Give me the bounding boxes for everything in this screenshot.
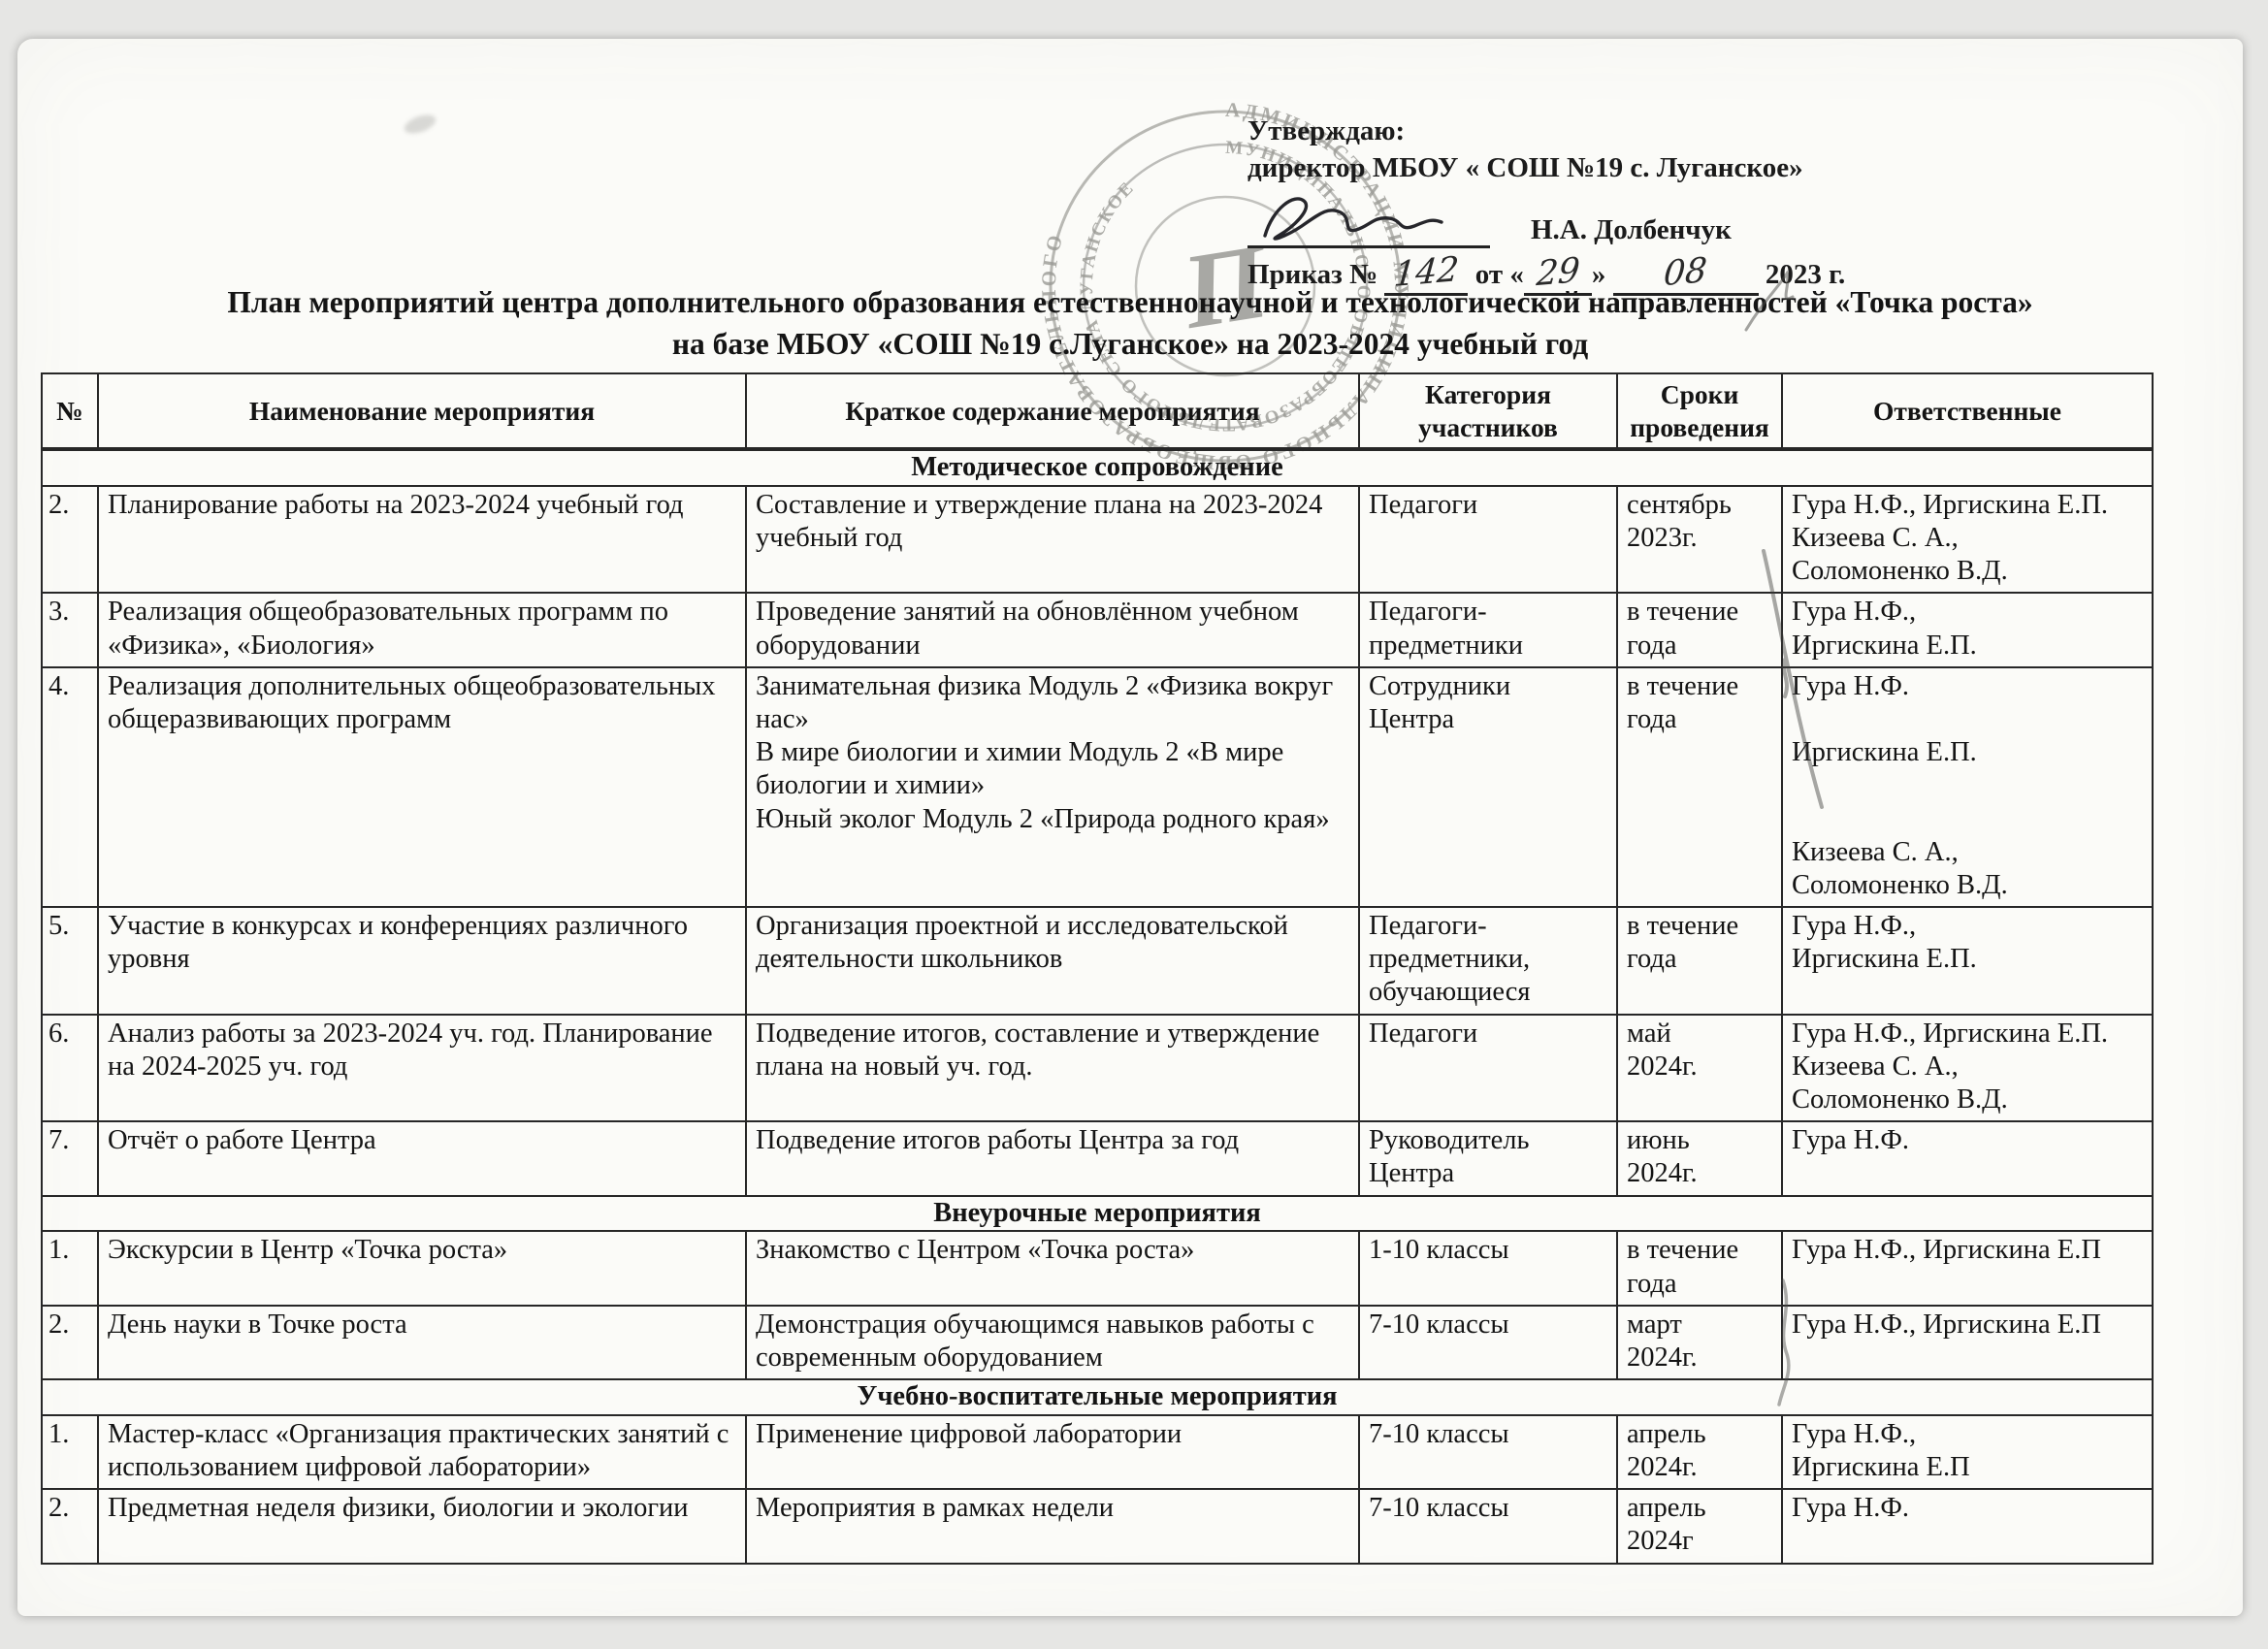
- col-header-responsible: Ответственные: [1782, 373, 2153, 449]
- cell-timing: май 2024г.: [1617, 1015, 1782, 1122]
- scan-smudge: [402, 112, 437, 138]
- cell-num: 4.: [42, 667, 98, 907]
- cell-num: 2.: [42, 1306, 98, 1379]
- order-year: 2023 г.: [1766, 259, 1845, 290]
- order-quote-close: »: [1592, 259, 1606, 290]
- approval-label: Утверждаю:: [1247, 113, 1927, 149]
- table-row: 2.День науки в Точке ростаДемонстрация о…: [42, 1306, 2153, 1379]
- cell-timing: в течение года: [1617, 667, 1782, 907]
- section-row: Внеурочные мероприятия: [42, 1196, 2153, 1232]
- section-title: Учебно-воспитательные мероприятия: [42, 1379, 2153, 1415]
- cell-responsible: Гура Н.Ф.: [1782, 1489, 2153, 1563]
- cell-content: Мероприятия в рамках недели: [746, 1489, 1359, 1563]
- cell-name: Мастер-класс «Организация практических з…: [98, 1415, 746, 1489]
- cell-content: Применение цифровой лаборатории: [746, 1415, 1359, 1489]
- table-header-row: № Наименование мероприятия Краткое содер…: [42, 373, 2153, 449]
- table-row: 1.Экскурсии в Центр «Точка роста»Знакомс…: [42, 1231, 2153, 1305]
- handwritten-signature: [1247, 189, 1490, 253]
- cell-num: 6.: [42, 1015, 98, 1122]
- order-prefix: Приказ №: [1247, 259, 1377, 290]
- col-header-category: Категория участников: [1359, 373, 1617, 449]
- order-line: Приказ № 142 от «29» 08 2023 г.: [1247, 254, 1927, 296]
- approval-block: Утверждаю: директор МБОУ « СОШ №19 с. Лу…: [1247, 113, 1927, 296]
- section-title: Внеурочные мероприятия: [42, 1196, 2153, 1232]
- cell-content: Знакомство с Центром «Точка роста»: [746, 1231, 1359, 1305]
- approval-director-line: директор МБОУ « СОШ №19 с. Луганское»: [1247, 149, 1927, 186]
- cell-timing: сентябрь 2023г.: [1617, 486, 1782, 594]
- cell-timing: в течение года: [1617, 593, 1782, 666]
- cell-content: Организация проектной и исследовательско…: [746, 907, 1359, 1015]
- cell-responsible: Гура Н.Ф., Иргискина Е.П. Кизеева С. А.,…: [1782, 1015, 2153, 1122]
- col-header-timing: Сроки проведения: [1617, 373, 1782, 449]
- cell-category: 7-10 классы: [1359, 1306, 1617, 1379]
- cell-content: Занимательная физика Модуль 2 «Физика во…: [746, 667, 1359, 907]
- table-row: 4.Реализация дополнительных общеобразова…: [42, 667, 2153, 907]
- table-row: 7.Отчёт о работе ЦентраПодведение итогов…: [42, 1121, 2153, 1195]
- cell-category: 7-10 классы: [1359, 1489, 1617, 1563]
- cell-responsible: Гура Н.Ф. Иргискина Е.П. Кизеева С. А., …: [1782, 667, 2153, 907]
- cell-responsible: Гура Н.Ф., Иргискина Е.П: [1782, 1415, 2153, 1489]
- cell-name: Планирование работы на 2023-2024 учебный…: [98, 486, 746, 594]
- cell-num: 2.: [42, 1489, 98, 1563]
- cell-num: 2.: [42, 486, 98, 594]
- cell-name: Анализ работы за 2023-2024 уч. год. План…: [98, 1015, 746, 1122]
- table-row: 1.Мастер-класс «Организация практических…: [42, 1415, 2153, 1489]
- cell-category: 7-10 классы: [1359, 1415, 1617, 1489]
- cell-num: 3.: [42, 593, 98, 666]
- table-row: 5.Участие в конкурсах и конференциях раз…: [42, 907, 2153, 1015]
- title-line-2: на базе МБОУ «СОШ №19 с.Луганское» на 20…: [60, 323, 2200, 365]
- cell-content: Проведение занятий на обновлённом учебно…: [746, 593, 1359, 666]
- cell-category: Педагоги: [1359, 486, 1617, 594]
- cell-name: Участие в конкурсах и конференциях разли…: [98, 907, 746, 1015]
- signature-row: Н.А. Долбенчук: [1247, 188, 1927, 248]
- table-row: 3.Реализация общеобразовательных програм…: [42, 593, 2153, 666]
- cell-responsible: Гура Н.Ф., Иргискина Е.П: [1782, 1231, 2153, 1305]
- table-row: 2.Планирование работы на 2023-2024 учебн…: [42, 486, 2153, 594]
- cell-responsible: Гура Н.Ф., Иргискина Е.П: [1782, 1306, 2153, 1379]
- cell-responsible: Гура Н.Ф., Иргискина Е.П.: [1782, 907, 2153, 1015]
- order-day-handwritten: 29: [1535, 252, 1581, 293]
- section-row: Учебно-воспитательные мероприятия: [42, 1379, 2153, 1415]
- cell-timing: апрель 2024г: [1617, 1489, 1782, 1563]
- cell-name: Экскурсии в Центр «Точка роста»: [98, 1231, 746, 1305]
- cell-content: Составление и утверждение плана на 2023-…: [746, 486, 1359, 594]
- col-header-name: Наименование мероприятия: [98, 373, 746, 449]
- cell-name: День науки в Точке роста: [98, 1306, 746, 1379]
- scanned-document-page: АДМИНИСТРАЦИИ МУНИЦИПАЛЬНОГО ОБЩЕОБРАЗОВ…: [17, 39, 2243, 1616]
- cell-responsible: Гура Н.Ф., Иргискина Е.П. Кизеева С. А.,…: [1782, 486, 2153, 594]
- cell-timing: в течение года: [1617, 907, 1782, 1015]
- cell-num: 5.: [42, 907, 98, 1015]
- cell-responsible: Гура Н.Ф.: [1782, 1121, 2153, 1195]
- section-title: Методическое сопровождение: [42, 449, 2153, 486]
- order-month-handwritten: 08: [1663, 252, 1709, 293]
- cell-timing: в течение года: [1617, 1231, 1782, 1305]
- director-name: Н.А. Долбенчук: [1531, 211, 1732, 248]
- table-row: 2.Предметная неделя физики, биологии и э…: [42, 1489, 2153, 1563]
- cell-name: Отчёт о работе Центра: [98, 1121, 746, 1195]
- cell-category: Сотрудники Центра: [1359, 667, 1617, 907]
- cell-content: Подведение итогов, составление и утвержд…: [746, 1015, 1359, 1122]
- cell-category: Руководитель Центра: [1359, 1121, 1617, 1195]
- cell-content: Демонстрация обучающимся навыков работы …: [746, 1306, 1359, 1379]
- cell-timing: июнь 2024г.: [1617, 1121, 1782, 1195]
- cell-name: Предметная неделя физики, биологии и эко…: [98, 1489, 746, 1563]
- cell-content: Подведение итогов работы Центра за год: [746, 1121, 1359, 1195]
- cell-category: Педагоги-предметники, обучающиеся: [1359, 907, 1617, 1015]
- cell-timing: апрель 2024г.: [1617, 1415, 1782, 1489]
- order-from: от «: [1475, 259, 1524, 290]
- table-row: 6.Анализ работы за 2023-2024 уч. год. Пл…: [42, 1015, 2153, 1122]
- section-row: Методическое сопровождение: [42, 449, 2153, 486]
- cell-category: Педагоги-предметники: [1359, 593, 1617, 666]
- cell-num: 1.: [42, 1415, 98, 1489]
- cell-num: 7.: [42, 1121, 98, 1195]
- cell-num: 1.: [42, 1231, 98, 1305]
- plan-table: № Наименование мероприятия Краткое содер…: [41, 372, 2154, 1565]
- cell-responsible: Гура Н.Ф., Иргискина Е.П.: [1782, 593, 2153, 666]
- cell-category: Педагоги: [1359, 1015, 1617, 1122]
- cell-name: Реализация дополнительных общеобразовате…: [98, 667, 746, 907]
- order-number-handwritten: 142: [1393, 251, 1461, 294]
- cell-category: 1-10 классы: [1359, 1231, 1617, 1305]
- col-header-content: Краткое содержание мероприятия: [746, 373, 1359, 449]
- cell-name: Реализация общеобразовательных программ …: [98, 593, 746, 666]
- cell-timing: март 2024г.: [1617, 1306, 1782, 1379]
- signature-line: [1247, 189, 1490, 248]
- col-header-number: №: [42, 373, 98, 449]
